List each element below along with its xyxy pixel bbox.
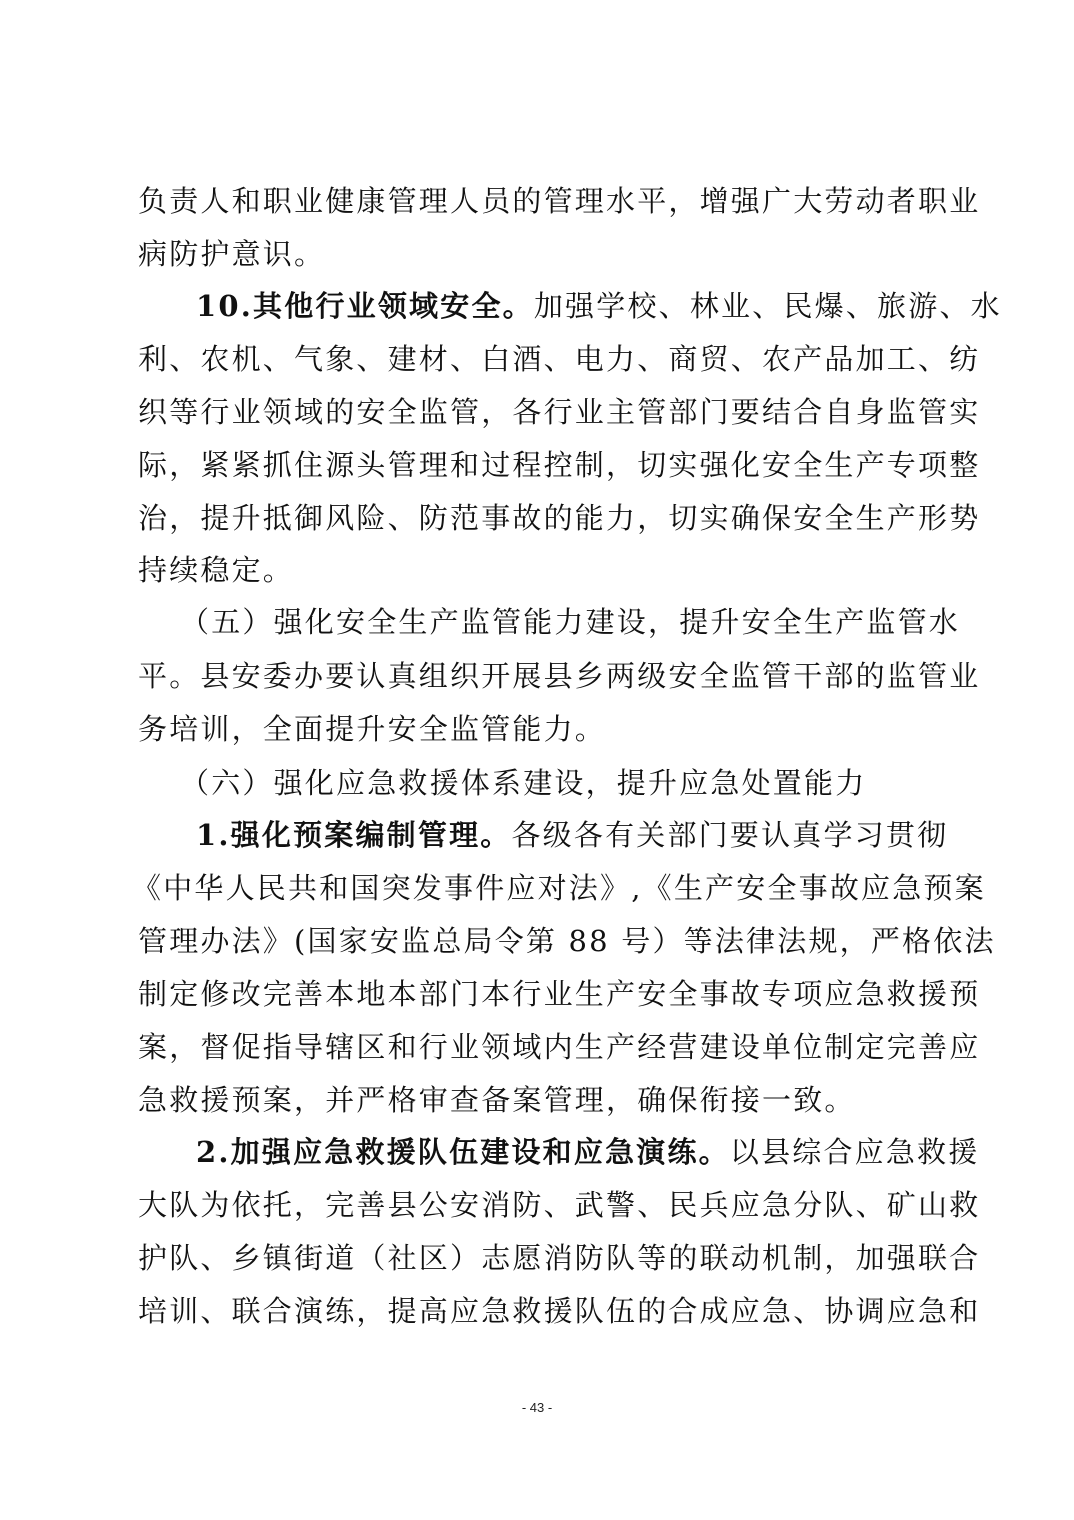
paragraph-line: 织等行业领域的安全监管，各行业主管部门要结合自身监管实 [138,392,938,432]
paragraph-line: 务培训，全面提升安全监管能力。 [138,709,938,749]
section-heading-line: 10.其他行业领域安全。加强学校、林业、民爆、旅游、水 [196,286,996,326]
page-number: - 43 - [0,1400,1074,1415]
paragraph-line: 持续稳定。 [138,550,938,590]
section-heading-line: 2.加强应急救援队伍建设和应急演练。以县综合应急救援 [196,1132,996,1172]
paragraph-line: 际，紧紧抓住源头管理和过程控制，切实强化安全生产专项整 [138,445,938,485]
paragraph-line: 利、农机、气象、建材、白酒、电力、商贸、农产品加工、纺 [138,339,938,379]
paragraph-line: 培训、联合演练，提高应急救援队伍的合成应急、协调应急和 [138,1291,938,1331]
document-page: 负责人和职业健康管理人员的管理水平，增强广大劳动者职业 病防护意识。 10.其他… [0,0,1074,1520]
section-title-line: （六）强化应急救援体系建设，提升应急处置能力 [180,763,980,803]
paragraph-text: 以县综合应急救援 [730,1135,980,1169]
paragraph-line: 平。县安委办要认真组织开展县乡两级安全监管干部的监管业 [138,656,938,696]
paragraph-line: 负责人和职业健康管理人员的管理水平，增强广大劳动者职业 [138,181,938,221]
section-heading: 1.强化预案编制管理。 [196,818,511,852]
paragraph-line: 制定修改完善本地本部门本行业生产安全事故专项应急救援预 [138,974,938,1014]
section-heading-line: 1.强化预案编制管理。各级各有关部门要认真学习贯彻 [196,815,996,855]
paragraph-line: 病防护意识。 [138,234,938,274]
paragraph-line: 《中华人民共和国突发事件应对法》,《生产安全事故应急预案 [132,868,932,908]
paragraph-line: 急救援预案，并严格审查备案管理，确保衔接一致。 [138,1080,938,1120]
paragraph-text: 加强学校、林业、民爆、旅游、水 [534,289,1002,323]
paragraph-line: 护队、乡镇街道（社区）志愿消防队等的联动机制，加强联合 [138,1238,938,1278]
section-heading: 10.其他行业领域安全。 [196,289,534,323]
section-title-line: （五）强化安全生产监管能力建设，提升安全生产监管水 [180,602,980,642]
section-heading: 2.加强应急救援队伍建设和应急演练。 [196,1135,730,1169]
paragraph-line: 治，提升抵御风险、防范事故的能力，切实确保安全生产形势 [138,498,938,538]
paragraph-text: 各级各有关部门要认真学习贯彻 [511,818,948,852]
paragraph-line: 案，督促指导辖区和行业领域内生产经营建设单位制定完善应 [138,1027,938,1067]
paragraph-line: 管理办法》(国家安监总局令第 88 号）等法律法规，严格依法 [138,921,938,961]
paragraph-line: 大队为依托，完善县公安消防、武警、民兵应急分队、矿山救 [138,1185,938,1225]
